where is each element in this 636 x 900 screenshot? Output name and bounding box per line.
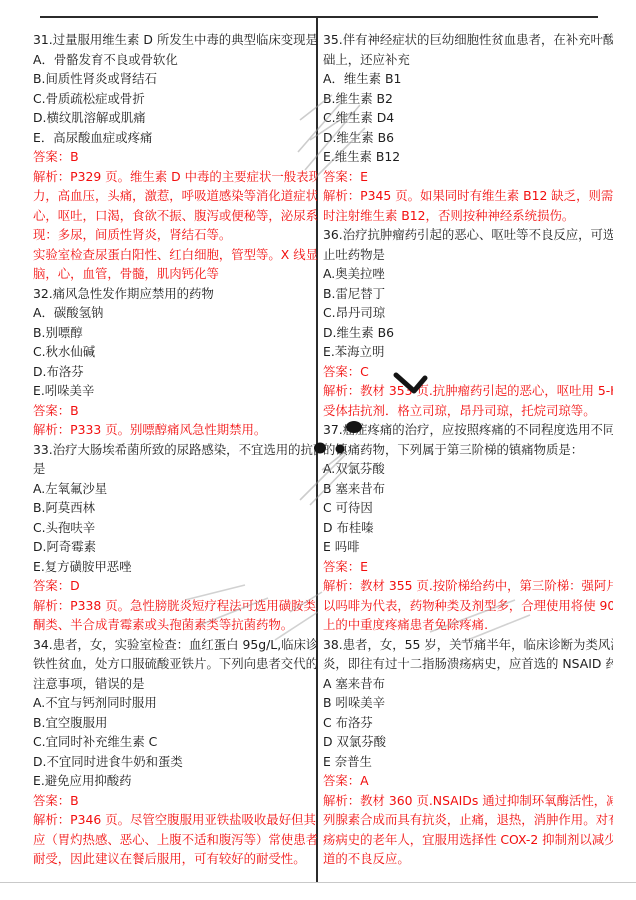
question-text-line: E.维生素 B12 — [323, 147, 613, 167]
answer-analysis-line: 解析：教材 355 页.按阶梯给药中，第三阶梯：强阿片类， — [323, 576, 613, 596]
answer-analysis-line: 心，呕吐，口渴，食欲不振、腹泻或便秘等，泌尿系统表 — [33, 206, 317, 226]
question-text-line: D.维生素 B6 — [323, 128, 613, 148]
answer-analysis-line: 答案：A — [323, 771, 613, 791]
question-text-line: B.别嘌醇 — [33, 323, 317, 343]
question-text-line: D.不宜同时进食牛奶和蛋类 — [33, 752, 317, 772]
answer-analysis-line: 解析：P345 页。如果同时有维生素 B12 缺乏，则需要司 — [323, 186, 613, 206]
answer-analysis-line: 脑，心，血管，骨髓，肌肉钙化等 — [33, 264, 317, 284]
answer-analysis-line: 答案：C — [323, 362, 613, 382]
question-text-line: 止吐药物是 — [323, 245, 613, 265]
question-text-line: E.吲哚美辛 — [33, 381, 317, 401]
question-text-line: D 双氯芬酸 — [323, 732, 613, 752]
question-text-line: C.骨质疏松症或骨折 — [33, 89, 317, 109]
question-text-line: B.维生素 B2 — [323, 89, 613, 109]
left-column: 31.过量服用维生素 D 所发生中毒的典型临床变现是A．骨骼发育不良或骨软化B.… — [33, 30, 317, 869]
right-column: 35.伴有神经症状的巨幼细胞性贫血患者，在补充叶酸的基础上，还应补充A．维生素 … — [323, 30, 613, 869]
question-text-line: A 塞来昔布 — [323, 674, 613, 694]
question-text-line: C 布洛芬 — [323, 713, 613, 733]
answer-analysis-line: 答案：E — [323, 557, 613, 577]
answer-analysis-line: 上的中重度疼痛患者免除疼痛. — [323, 615, 613, 635]
question-text-line: A.双氯芬酸 — [323, 459, 613, 479]
document-page: 31.过量服用维生素 D 所发生中毒的典型临床变现是A．骨骼发育不良或骨软化B.… — [0, 0, 636, 900]
answer-analysis-line: 疡病史的老年人，宜服用选择性 COX-2 抑制剂以减少胃肠 — [323, 830, 613, 850]
question-text-line: A．维生素 B1 — [323, 69, 613, 89]
question-text-line: 础上，还应补充 — [323, 50, 613, 70]
question-text-line: B.宜空腹服用 — [33, 713, 317, 733]
answer-analysis-line: 实验室检查尿蛋白阳性、红白细胞，管型等。X 线显示肾， — [33, 245, 317, 265]
question-text-line: A.不宜与钙剂同时服用 — [33, 693, 317, 713]
question-text-line: C.秋水仙碱 — [33, 342, 317, 362]
question-text-line: E.避免应用抑酸药 — [33, 771, 317, 791]
question-text-line: A．骨骼发育不良或骨软化 — [33, 50, 317, 70]
question-text-line: B 吲哚美辛 — [323, 693, 613, 713]
question-text-line: D.横纹肌溶解或肌痛 — [33, 108, 317, 128]
question-text-line: E.苯海立明 — [323, 342, 613, 362]
question-text-line: A.左氧氟沙星 — [33, 479, 317, 499]
answer-analysis-line: 答案：B — [33, 401, 317, 421]
answer-analysis-line: 受体拮抗剂．格立司琼，昂丹司琼，托烷司琼等。 — [323, 401, 613, 421]
question-text-line: 34.患者，女，实验室检查：血红蛋白 95g/L,临床诊断为缺 — [33, 635, 317, 655]
answer-analysis-line: 解析：P329 页。维生素 D 中毒的主要症状一般表现：乏 — [33, 167, 317, 187]
question-text-line: D.布洛芬 — [33, 362, 317, 382]
answer-analysis-line: 以吗啡为代表，药物种类及剂型多，合理使用将使 90%以 — [323, 596, 613, 616]
answer-analysis-line: 答案：E — [323, 167, 613, 187]
answer-analysis-line: 解析：教材 353 页.抗肿瘤药引起的恶心，呕吐用 5-HT3 — [323, 381, 613, 401]
question-text-line: D.维生素 B6 — [323, 323, 613, 343]
answer-analysis-line: 酮类、半合成青霉素或头孢菌素类等抗菌药物。 — [33, 615, 317, 635]
bottom-divider-line — [0, 882, 636, 883]
answer-analysis-line: 解析：P338 页。急性膀胱炎短疗程法可选用磺胺类、喹诺 — [33, 596, 317, 616]
question-text-line: C.昂丹司琼 — [323, 303, 613, 323]
answer-analysis-line: 耐受，因此建议在餐后服用，可有较好的耐受性。 — [33, 849, 317, 869]
question-text-line: C.头孢呋辛 — [33, 518, 317, 538]
question-text-line: 的镇痛药物，下列属于第三阶梯的镇痛物质是： — [323, 440, 613, 460]
answer-analysis-line: 解析：教材 360 页.NSAIDs 通过抑制环氧酶活性，减少前 — [323, 791, 613, 811]
question-text-line: 是 — [33, 459, 317, 479]
question-text-line: B.雷尼替丁 — [323, 284, 613, 304]
answer-analysis-line: 力，高血压，头痛，激惹，呼吸道感染等消化道症状：恶 — [33, 186, 317, 206]
question-text-line: C 可待因 — [323, 498, 613, 518]
question-text-line: 33.治疗大肠埃希菌所致的尿路感染，不宜选用的抗菌药物 — [33, 440, 317, 460]
question-text-line: A．碳酸氢钠 — [33, 303, 317, 323]
question-text-line: A.奥美拉唑 — [323, 264, 613, 284]
answer-analysis-line: 时注射维生素 B12，否则按种神经系统损伤。 — [323, 206, 613, 226]
answer-analysis-line: 答案：B — [33, 791, 317, 811]
top-divider-line — [40, 16, 598, 18]
question-text-line: C.宜同时补充维生素 C — [33, 732, 317, 752]
question-text-line: E 奈普生 — [323, 752, 613, 772]
question-text-line: E.复方磺胺甲恶唑 — [33, 557, 317, 577]
question-text-line: E 吗啡 — [323, 537, 613, 557]
question-text-line: B.阿莫西林 — [33, 498, 317, 518]
question-text-line: 铁性贫血，处方口服硫酸亚铁片。下列向患者交代的用药 — [33, 654, 317, 674]
question-text-line: 37.癌症疼痛的治疗，应按照疼痛的不同程度选用不同阶段 — [323, 420, 613, 440]
question-text-line: 注意事项，错误的是 — [33, 674, 317, 694]
question-text-line: D 布桂嗪 — [323, 518, 613, 538]
question-text-line: 36.治疗抗肿瘤药引起的恶心、呕吐等不良反应，可选用的 — [323, 225, 613, 245]
question-text-line: B.间质性肾炎或肾结石 — [33, 69, 317, 89]
question-text-line: D.阿奇霉素 — [33, 537, 317, 557]
question-text-line: 38.患者，女，55 岁，关节痛半年，临床诊断为类风湿关节 — [323, 635, 613, 655]
answer-analysis-line: 道的不良反应。 — [323, 849, 613, 869]
answer-analysis-line: 答案：D — [33, 576, 317, 596]
answer-analysis-line: 答案：B — [33, 147, 317, 167]
answer-analysis-line: 解析：P346 页。尽管空腹服用亚铁盐吸收最好但其胃肠反 — [33, 810, 317, 830]
question-text-line: 35.伴有神经症状的巨幼细胞性贫血患者，在补充叶酸的基 — [323, 30, 613, 50]
question-text-line: 32.痛风急性发作期应禁用的药物 — [33, 284, 317, 304]
question-text-line: B 塞来昔布 — [323, 479, 613, 499]
question-text-line: 炎，即往有过十二指肠溃疡病史，应首选的 NSAID 药物是： — [323, 654, 613, 674]
question-text-line: C.维生素 D4 — [323, 108, 613, 128]
answer-analysis-line: 列腺素合成而具有抗炎，止痛，退热，消肿作用。对有溃 — [323, 810, 613, 830]
question-text-line: E．高尿酸血症或疼痛 — [33, 128, 317, 148]
answer-analysis-line: 现：多尿，间质性肾炎，肾结石等。 — [33, 225, 317, 245]
answer-analysis-line: 解析：P333 页。别嘌醇痛风急性期禁用。 — [33, 420, 317, 440]
answer-analysis-line: 应（胃灼热感、恶心、上腹不适和腹泻等）常使患者不能 — [33, 830, 317, 850]
question-text-line: 31.过量服用维生素 D 所发生中毒的典型临床变现是 — [33, 30, 317, 50]
